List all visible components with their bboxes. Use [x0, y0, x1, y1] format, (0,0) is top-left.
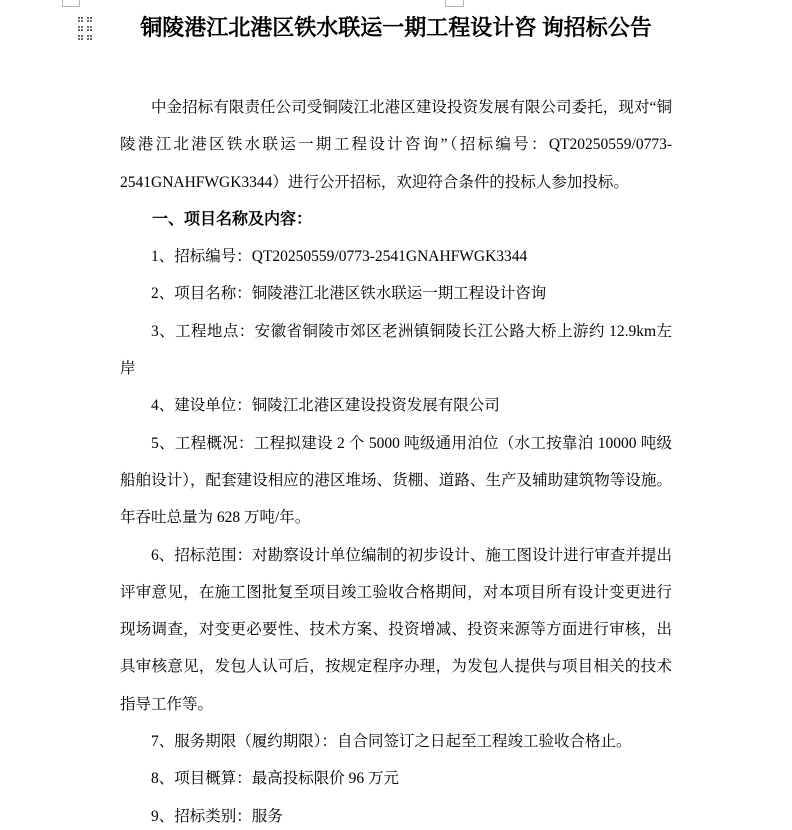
- list-item-bid-scope: 6、招标范围：对勘察设计单位编制的初步设计、施工图设计进行审查并提出评审意见，在…: [120, 537, 672, 723]
- list-item-service-period: 7、服务期限（履约期限）：自合同签订之日起至工程竣工验收合格止。: [120, 723, 672, 760]
- intro-paragraph: 中金招标有限责任公司受铜陵江北港区建设投资发展有限公司委托，现对“铜陵港江北港区…: [120, 89, 672, 201]
- drag-handle-dot: [78, 35, 83, 40]
- drag-handle-dot: [87, 35, 92, 40]
- list-item-project-location: 3、工程地点：安徽省铜陵市郊区老洲镇铜陵长江公路大桥上游约 12.9km左岸: [120, 313, 672, 388]
- clipped-box-right: [445, 0, 464, 7]
- list-item-construction-unit: 4、建设单位：铜陵江北港区建设投资发展有限公司: [120, 387, 672, 424]
- document-page: 铜陵港江北港区铁水联运一期工程设计咨 询招标公告 中金招标有限责任公司受铜陵江北…: [0, 0, 792, 830]
- list-item-project-name: 2、项目名称：铜陵港江北港区铁水联运一期工程设计咨询: [120, 275, 672, 312]
- section-heading: 一、项目名称及内容：: [120, 201, 672, 238]
- drag-handle-icon[interactable]: [78, 17, 92, 40]
- document-body: 中金招标有限责任公司受铜陵江北港区建设投资发展有限公司委托，现对“铜陵港江北港区…: [120, 89, 672, 830]
- document-title: 铜陵港江北港区铁水联运一期工程设计咨 询招标公告: [0, 0, 792, 41]
- drag-handle-dot: [87, 26, 92, 31]
- list-item-bid-category: 9、招标类别：服务: [120, 798, 672, 830]
- drag-handle-dot: [87, 17, 92, 22]
- clipped-box-left: [62, 0, 80, 7]
- list-item-project-overview: 5、工程概况：工程拟建设 2 个 5000 吨级通用泊位（水工按靠泊 10000…: [120, 425, 672, 537]
- list-item-bid-number: 1、招标编号：QT20250559/0773-2541GNAHFWGK3344: [120, 238, 672, 275]
- drag-handle-dot: [78, 26, 83, 31]
- list-item-project-budget: 8、项目概算：最高投标限价 96 万元: [120, 760, 672, 797]
- drag-handle-dot: [78, 17, 83, 22]
